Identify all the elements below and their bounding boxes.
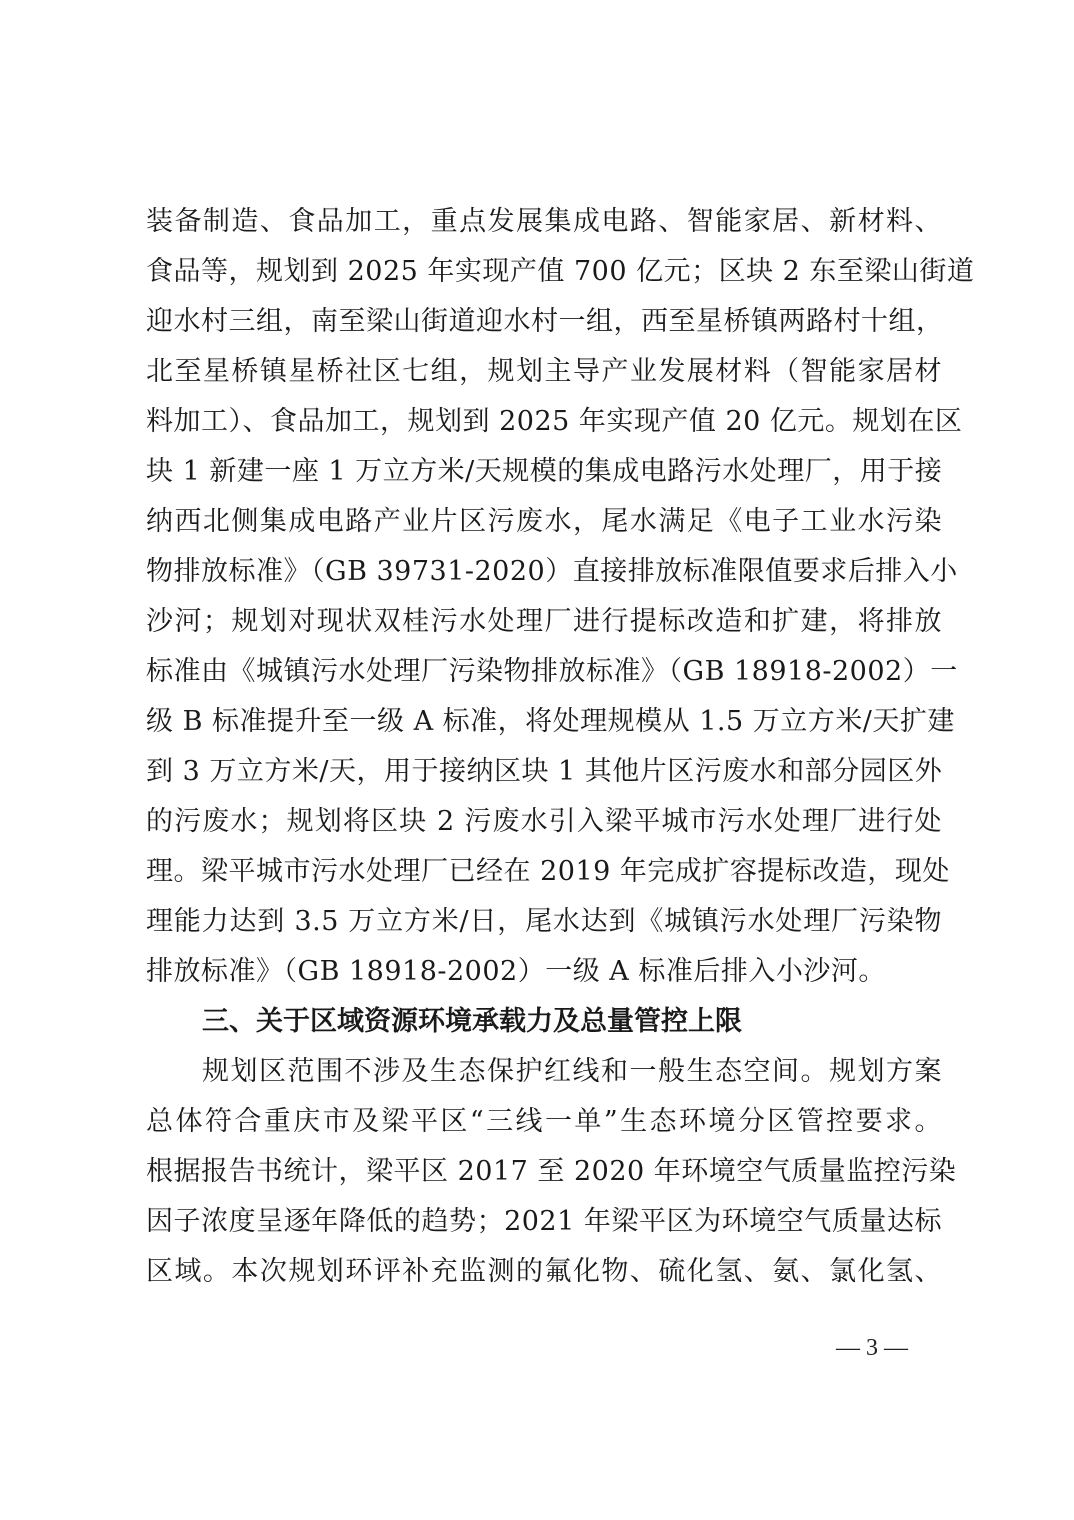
paragraph-line: 块 1 新建一座 1 万立方米/天规模的集成电路污水处理厂，用于接 xyxy=(146,447,942,497)
paragraph-line: 到 3 万立方米/天，用于接纳区块 1 其他片区污废水和部分园区外 xyxy=(146,747,942,797)
paragraph-line: 理能力达到 3.5 万立方米/日，尾水达到《城镇污水处理厂污染物 xyxy=(146,897,942,947)
document-body: 装备制造、食品加工，重点发展集成电路、智能家居、新材料、 食品等，规划到 202… xyxy=(146,197,942,1297)
paragraph-line: 总体符合重庆市及梁平区“三线一单”生态环境分区管控要求。 xyxy=(146,1097,942,1147)
paragraph-line: 沙河；规划对现状双桂污水处理厂进行提标改造和扩建，将排放 xyxy=(146,597,942,647)
paragraph-line: 装备制造、食品加工，重点发展集成电路、智能家居、新材料、 xyxy=(146,197,942,247)
paragraph-line: 标准由《城镇污水处理厂污染物排放标准》（GB 18918-2002）一 xyxy=(146,647,942,697)
paragraph-line: 区域。本次规划环评补充监测的氟化物、硫化氢、氨、氯化氢、 xyxy=(146,1247,942,1297)
paragraph-wastewater-planning: 装备制造、食品加工，重点发展集成电路、智能家居、新材料、 食品等，规划到 202… xyxy=(146,197,942,997)
section-heading: 三、关于区域资源环境承载力及总量管控上限 xyxy=(146,997,942,1047)
paragraph-line: 料加工）、食品加工，规划到 2025 年实现产值 20 亿元。规划在区 xyxy=(146,397,942,447)
paragraph-line: 北至星桥镇星桥社区七组，规划主导产业发展材料（智能家居材 xyxy=(146,347,942,397)
paragraph-line: 根据报告书统计，梁平区 2017 至 2020 年环境空气质量监控污染 xyxy=(146,1147,942,1197)
paragraph-line: 纳西北侧集成电路产业片区污废水，尾水满足《电子工业水污染 xyxy=(146,497,942,547)
paragraph-line: 的污废水；规划将区块 2 污废水引入梁平城市污水处理厂进行处 xyxy=(146,797,942,847)
paragraph-line: 级 B 标准提升至一级 A 标准，将处理规模从 1.5 万立方米/天扩建 xyxy=(146,697,942,747)
paragraph-line: 迎水村三组，南至梁山街道迎水村一组，西至星桥镇两路村十组， xyxy=(146,297,942,347)
paragraph-line: 食品等，规划到 2025 年实现产值 700 亿元；区块 2 东至梁山街道 xyxy=(146,247,942,297)
document-page: 装备制造、食品加工，重点发展集成电路、智能家居、新材料、 食品等，规划到 202… xyxy=(0,0,1074,1520)
paragraph-line: 排放标准》（GB 18918-2002）一级 A 标准后排入小沙河。 xyxy=(146,947,942,997)
paragraph-line: 规划区范围不涉及生态保护红线和一般生态空间。规划方案 xyxy=(146,1047,942,1097)
paragraph-line: 理。梁平城市污水处理厂已经在 2019 年完成扩容提标改造，现处 xyxy=(146,847,942,897)
paragraph-line: 物排放标准》（GB 39731-2020）直接排放标准限值要求后排入小 xyxy=(146,547,942,597)
paragraph-line: 因子浓度呈逐年降低的趋势；2021 年梁平区为环境空气质量达标 xyxy=(146,1197,942,1247)
paragraph-resource-capacity: 规划区范围不涉及生态保护红线和一般生态空间。规划方案 总体符合重庆市及梁平区“三… xyxy=(146,1047,942,1297)
page-number: — 3 — xyxy=(822,1330,922,1366)
